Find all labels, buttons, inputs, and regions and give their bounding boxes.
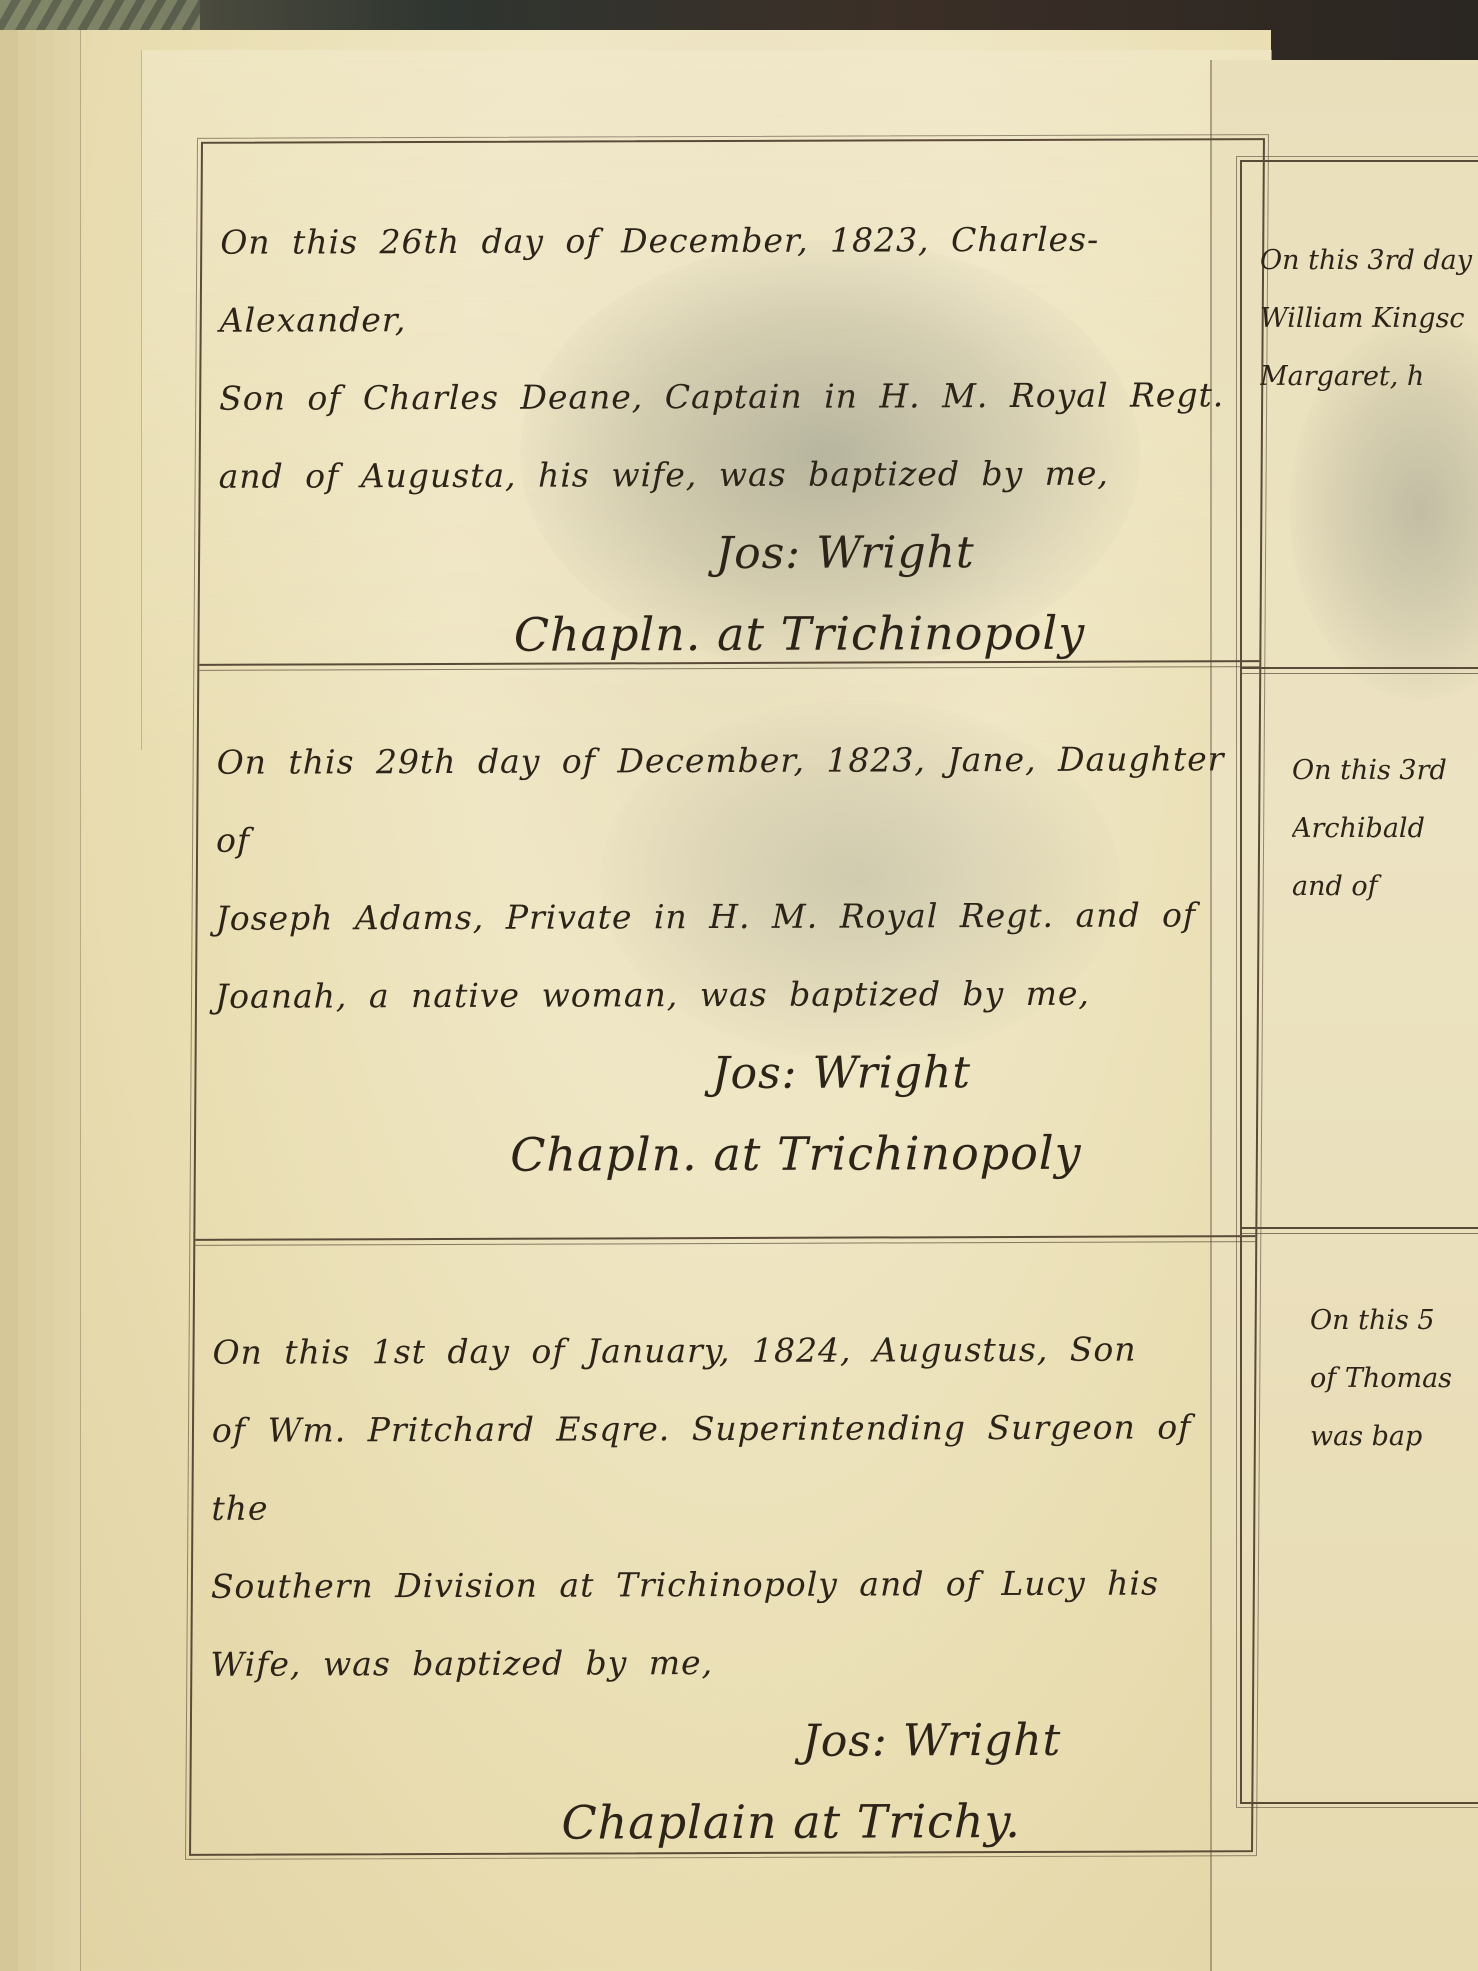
entry-line: and of xyxy=(1292,858,1478,916)
entry-text: On this 1st day of January, 1824, August… xyxy=(192,1310,1255,1704)
baptism-entry: On this 1st day of January, 1824, August… xyxy=(191,1310,1255,1864)
partial-baptism-entry: On this 3rd day William Kingsc Margaret,… xyxy=(1260,232,1478,406)
entry-line: of Wm. Pritchard Esqre. Superintending S… xyxy=(211,1388,1234,1548)
chaplain-title: Chapln. at Trichinopoly xyxy=(336,1112,1257,1195)
entry-line: Archibald xyxy=(1292,800,1478,858)
chaplain-title: Chapln. at Trichinopoly xyxy=(339,592,1260,675)
chaplain-signature: Jos: Wright xyxy=(426,1032,1257,1115)
chaplain-signature: Jos: Wright xyxy=(430,512,1261,595)
entry-line: Wife, was baptized by me, xyxy=(210,1622,1233,1704)
entry-line: was bap xyxy=(1310,1408,1478,1466)
entry-line: Son of Charles Deane, Captain in H. M. R… xyxy=(219,356,1242,438)
entry-line: and of Augusta, his wife, was baptized b… xyxy=(218,434,1241,516)
entry-divider xyxy=(1242,667,1478,669)
background-corner-object xyxy=(0,0,200,32)
entry-text: On this 29th day of December, 1823, Jane… xyxy=(197,720,1259,1036)
entry-divider xyxy=(195,1235,1255,1241)
chaplain-signature: Jos: Wright xyxy=(612,1700,1253,1782)
entry-divider xyxy=(1242,1227,1478,1229)
entry-line: William Kingsc xyxy=(1260,290,1478,348)
baptism-entry: On this 29th day of December, 1823, Jane… xyxy=(196,720,1259,1196)
entry-line: On this 5 xyxy=(1310,1292,1478,1350)
entry-line: On this 26th day of December, 1823, Char… xyxy=(219,200,1242,360)
entry-text: On this 26th day of December, 1823, Char… xyxy=(200,200,1262,516)
entry-line: Joanah, a native woman, was baptized by … xyxy=(215,954,1238,1036)
entry-line: Joseph Adams, Private in H. M. Royal Reg… xyxy=(215,876,1238,958)
entry-line: On this 29th day of December, 1823, Jane… xyxy=(216,720,1239,880)
register-frame-right: On this 3rd day William Kingsc Margaret,… xyxy=(1240,160,1478,1804)
entry-line: On this 3rd xyxy=(1292,742,1478,800)
entry-line: Southern Division at Trichinopoly and of… xyxy=(211,1544,1234,1626)
partial-baptism-entry: On this 5 of Thomas was bap xyxy=(1310,1292,1478,1466)
partial-baptism-entry: On this 3rd Archibald and of xyxy=(1292,742,1478,916)
chaplain-title: Chaplain at Trichy. xyxy=(331,1780,1252,1863)
register-frame: On this 26th day of December, 1823, Char… xyxy=(189,138,1265,1856)
entry-line: Margaret, h xyxy=(1260,348,1478,406)
baptism-entry: On this 26th day of December, 1823, Char… xyxy=(199,200,1262,676)
entry-line: of Thomas xyxy=(1310,1350,1478,1408)
entry-line: On this 3rd day xyxy=(1260,232,1478,290)
entry-line: On this 1st day of January, 1824, August… xyxy=(212,1310,1235,1392)
